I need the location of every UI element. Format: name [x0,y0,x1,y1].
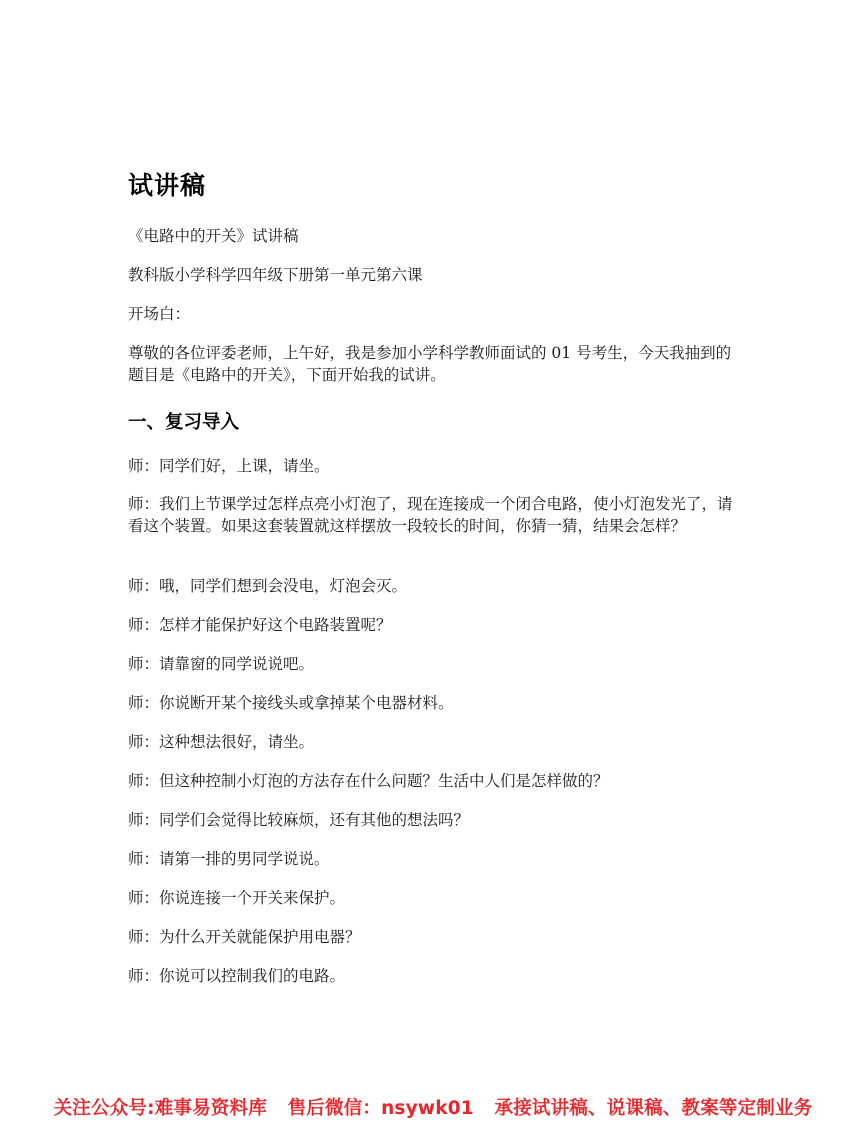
dialogue-line: 师：同学们好，上课，请坐。 [128,455,742,477]
dialogue-line: 师：请靠窗的同学说说吧。 [128,653,742,675]
watermark-footer: 关注公众号:难事易资料库 售后微信：nsywk01 承接试讲稿、说课稿、教案等定… [0,1094,866,1120]
dialogue-line: 师：请第一排的男同学说说。 [128,848,742,870]
dialogue-line: 师：这种想法很好，请坐。 [128,731,742,753]
section-heading-review: 一、复习导入 [128,408,239,434]
dialogue-line: 师：我们上节课学过怎样点亮小灯泡了，现在连接成一个闭合电路，使小灯泡发光了，请看… [128,493,742,537]
dialogue-line: 师：为什么开关就能保护用电器？ [128,926,742,948]
opening-label: 开场白： [128,303,742,325]
dialogue-line: 师：你说可以控制我们的电路。 [128,965,742,987]
footer-wechat: 售后微信：nsywk01 [288,1098,474,1119]
dialogue-line: 师：你说断开某个接线头或拿掉某个电器材料。 [128,692,742,714]
dialogue-line: 师：怎样才能保护好这个电路装置呢？ [128,614,742,636]
dialogue-line: 师：哦，同学们想到会没电，灯泡会灭。 [128,575,742,597]
document-title: 试讲稿 [128,166,206,202]
lesson-title: 《电路中的开关》试讲稿 [128,225,742,247]
dialogue-line: 师：你说连接一个开关来保护。 [128,887,742,909]
dialogue-line: 师：同学们会觉得比较麻烦，还有其他的想法吗？ [128,809,742,831]
textbook-info: 教科版小学科学四年级下册第一单元第六课 [128,264,742,286]
footer-services: 承接试讲稿、说课稿、教案等定制业务 [495,1098,813,1119]
opening-text: 尊敬的各位评委老师，上午好，我是参加小学科学教师面试的 01 号考生，今天我抽到… [128,342,742,386]
footer-account: 关注公众号:难事易资料库 [54,1098,267,1119]
dialogue-line: 师：但这种控制小灯泡的方法存在什么问题？生活中人们是怎样做的？ [128,770,742,792]
